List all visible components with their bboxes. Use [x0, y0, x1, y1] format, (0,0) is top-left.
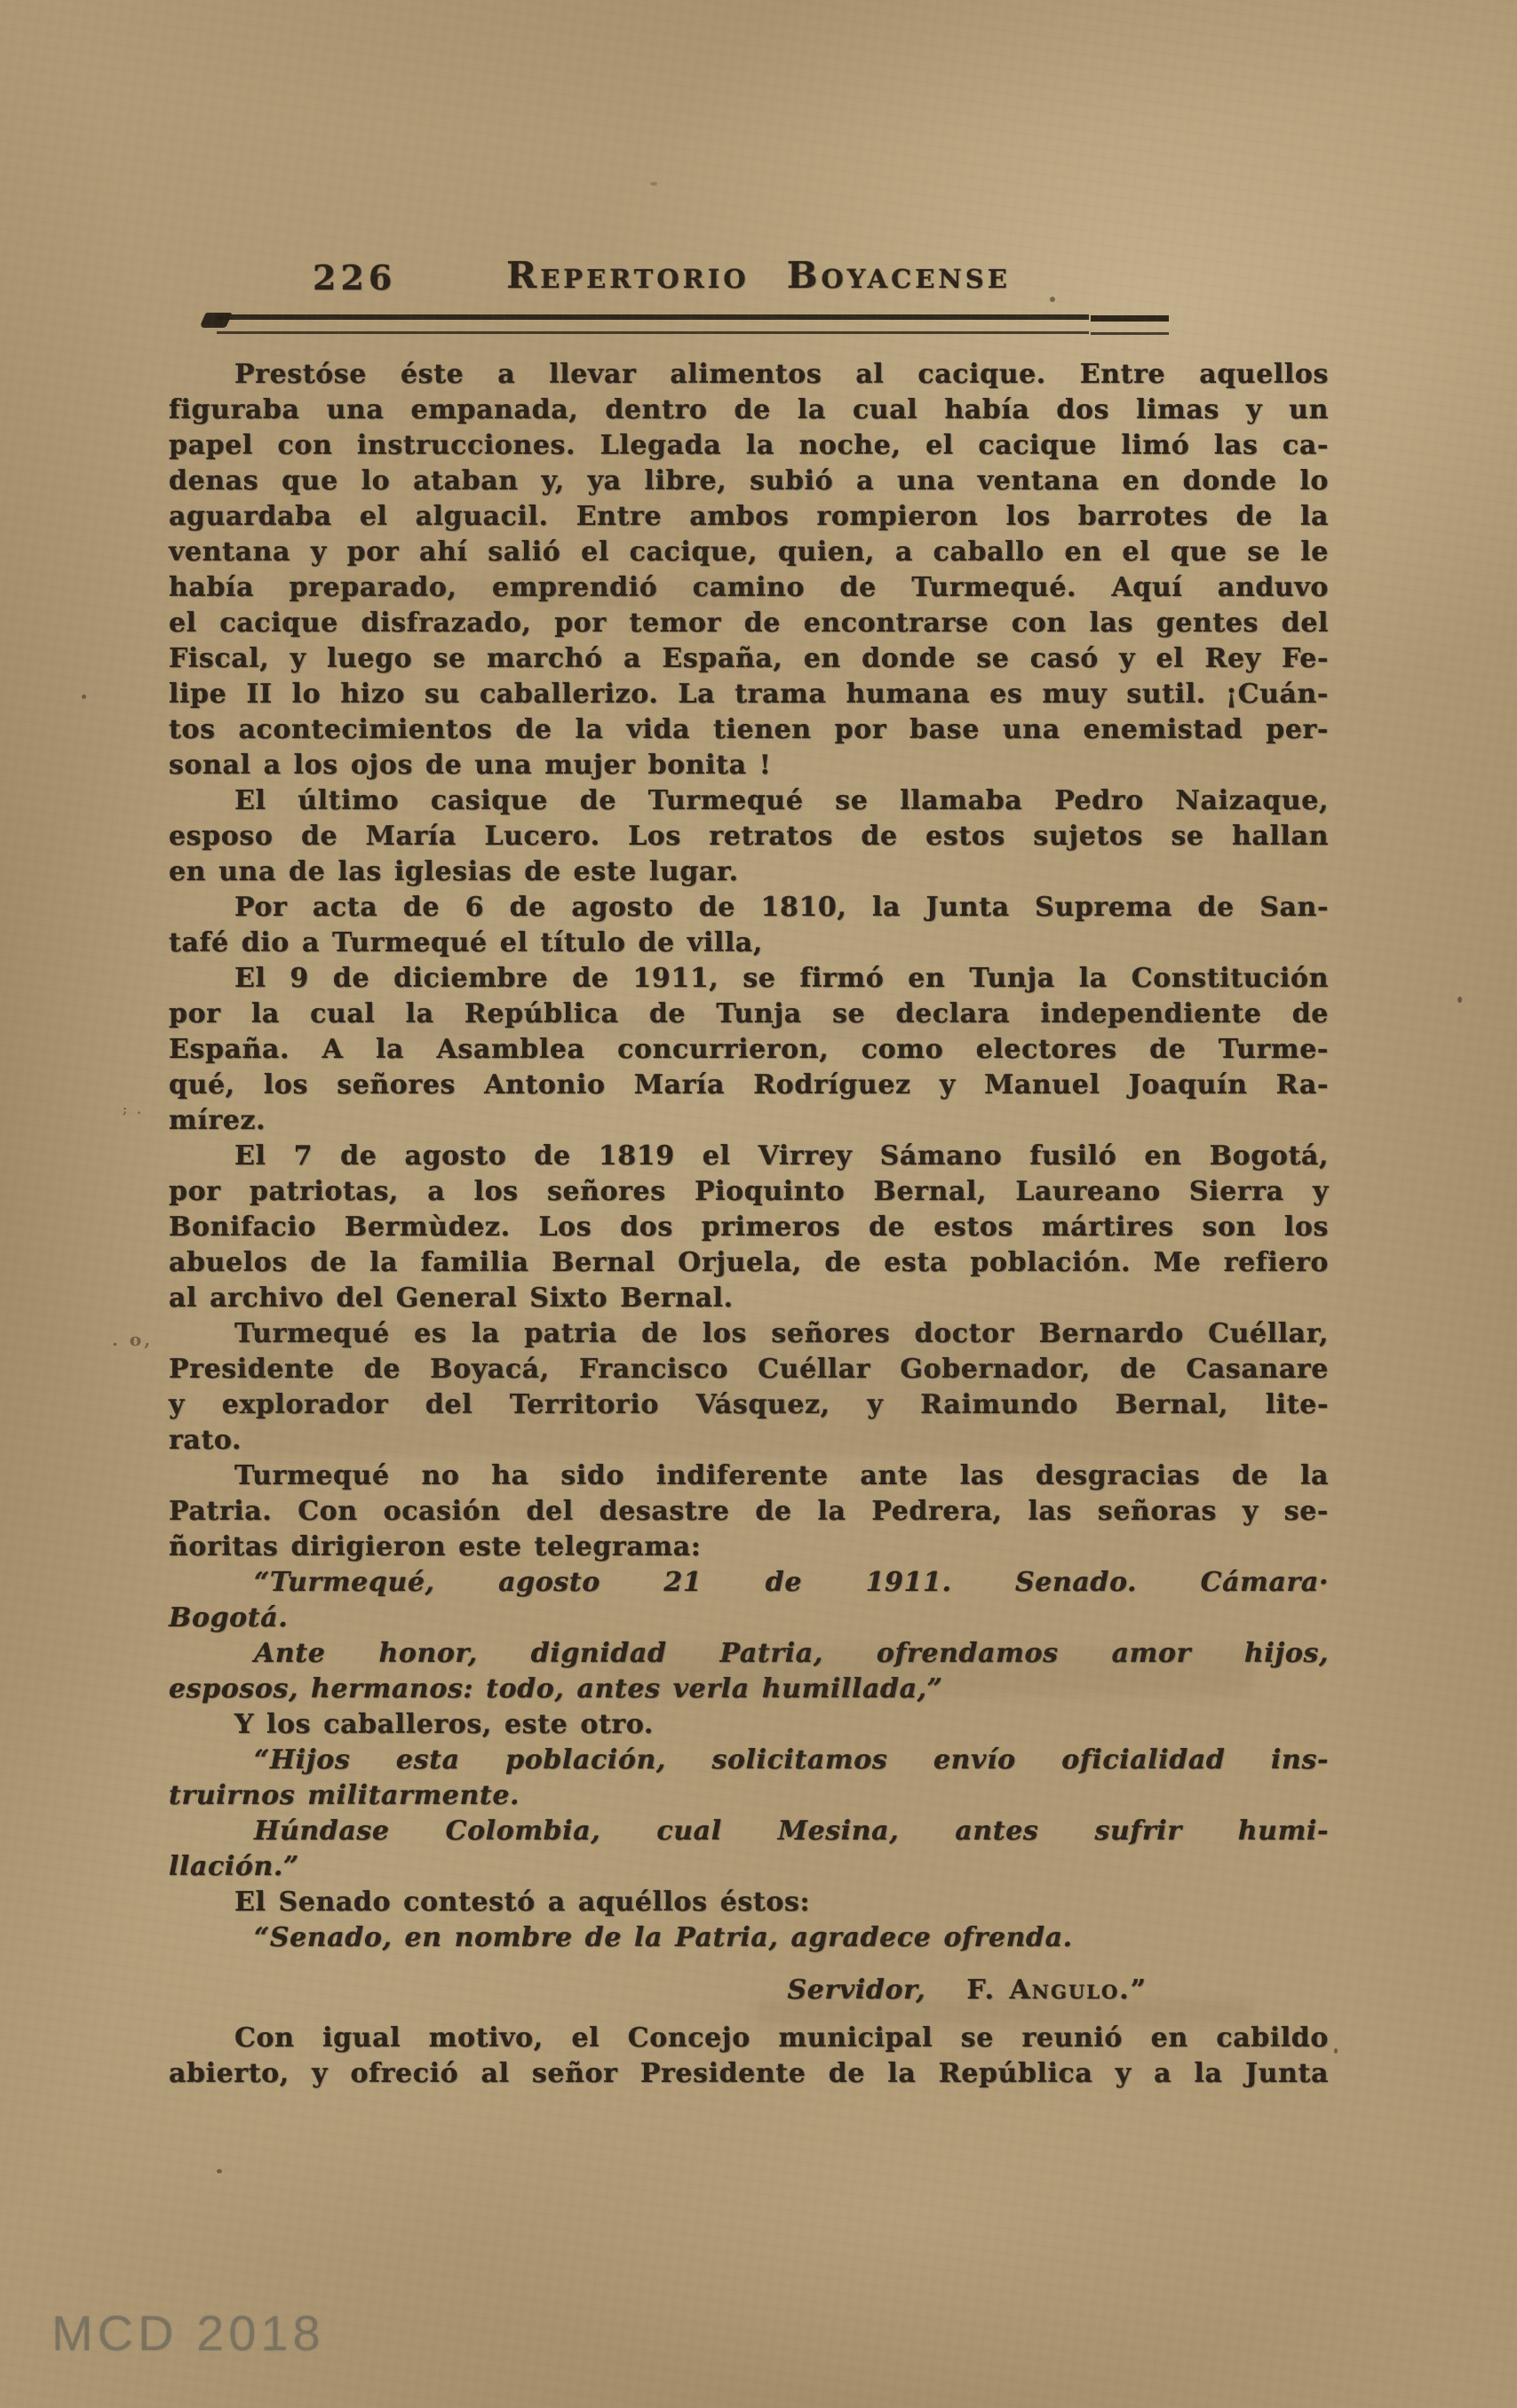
watermark: MCD 2018	[52, 2304, 325, 2362]
signature-closing: Servidor,	[788, 1973, 926, 2008]
text-line: esposo de María Lucero. Los retratos de …	[169, 819, 1329, 854]
text-line: Y los caballeros, este otro.	[169, 1707, 1329, 1743]
text-line: Turmequé es la patria de los señores doc…	[169, 1316, 1329, 1352]
text-block: Prestóse éste a llevar alimentos al caci…	[169, 357, 1329, 2092]
text-line: había preparado, emprendió camino de Tur…	[169, 570, 1329, 606]
paragraph: El 7 de agosto de 1819 el Virrey Sámano …	[169, 1139, 1329, 1316]
text-line: Ante honor, dignidad Patria, ofrendamos …	[169, 1636, 1329, 1672]
paragraph: “Turmequé, agosto 21 de 1911. Senado. Cá…	[169, 1565, 1329, 1636]
page-title: Repertorio Boyacense	[506, 254, 1011, 297]
text-line: rato.	[169, 1423, 1329, 1458]
text-line: Presidente de Boyacá, Francisco Cuéllar …	[169, 1352, 1329, 1387]
text-line: en una de las iglesias de este lugar.	[169, 854, 1329, 890]
text-line: y explorador del Territorio Vásquez, y R…	[169, 1387, 1329, 1423]
signature-name: F. Angulo.”	[966, 1973, 1148, 2008]
ink-speck	[217, 2169, 222, 2174]
paragraph: El Senado contestó a aquéllos éstos:	[169, 1885, 1329, 1920]
text-line: “Turmequé, agosto 21 de 1911. Senado. Cá…	[169, 1565, 1329, 1601]
text-line: truirnos militarmente.	[169, 1778, 1329, 1814]
ink-speck	[1457, 997, 1462, 1003]
ink-speck	[82, 695, 86, 699]
paragraph: Prestóse éste a llevar alimentos al caci…	[169, 357, 1329, 783]
text-line: tafé dio a Turmequé el título de villa,	[169, 926, 1329, 961]
text-line: figuraba una empanada, dentro de la cual…	[169, 393, 1329, 428]
paragraph: El 9 de diciembre de 1911, se firmó en T…	[169, 961, 1329, 1139]
book-page-scan: 226 Repertorio Boyacense Prestóse éste a…	[0, 0, 1517, 2408]
text-line: qué, los señores Antonio María Rodríguez…	[169, 1068, 1329, 1103]
text-line: ñoritas dirigieron este telegrama:	[169, 1530, 1329, 1565]
text-line: esposos, hermanos: todo, antes verla hum…	[169, 1672, 1329, 1707]
text-line: Bonifacio Bermùdez. Los dos primeros de …	[169, 1210, 1329, 1245]
ink-speck	[1334, 2048, 1338, 2054]
paper-fiber	[650, 182, 657, 186]
text-line: sonal a los ojos de una mujer bonita !	[169, 748, 1329, 783]
text-line: El 9 de diciembre de 1911, se firmó en T…	[169, 961, 1329, 997]
rule-right-segment	[1091, 315, 1169, 335]
text-line: denas que lo ataban y, ya libre, subió a…	[169, 464, 1329, 499]
paragraph: Por acta de 6 de agosto de 1810, la Junt…	[169, 890, 1329, 961]
margin-mark: ; .	[123, 1103, 144, 1117]
text-line: El 7 de agosto de 1819 el Virrey Sámano …	[169, 1139, 1329, 1174]
margin-mark: . o,	[112, 1329, 153, 1350]
text-line: abuelos de la familia Bernal Orjuela, de…	[169, 1245, 1329, 1281]
header-rule	[211, 313, 1169, 332]
text-line: Turmequé no ha sido indiferente ante las…	[169, 1458, 1329, 1494]
signature-row: Servidor,F. Angulo.”	[169, 1973, 1329, 2008]
text-line: el cacique disfrazado, por temor de enco…	[169, 606, 1329, 641]
text-line: por la cual la República de Tunja se dec…	[169, 997, 1329, 1032]
text-line: llación.”	[169, 1849, 1329, 1885]
paragraph: Turmequé es la patria de los señores doc…	[169, 1316, 1329, 1458]
text-line: “Senado, en nombre de la Patria, agradec…	[169, 1920, 1329, 1956]
text-line: abierto, y ofreció al señor Presidente d…	[169, 2056, 1329, 2092]
text-line: Prestóse éste a llevar alimentos al caci…	[169, 357, 1329, 393]
text-line: lipe II lo hizo su caballerizo. La trama…	[169, 677, 1329, 712]
text-line: papel con instrucciones. Llegada la noch…	[169, 428, 1329, 464]
paragraph: Turmequé no ha sido indiferente ante las…	[169, 1458, 1329, 1565]
paragraph: “Senado, en nombre de la Patria, agradec…	[169, 1920, 1329, 1956]
text-line: por patriotas, a los señores Pioquinto B…	[169, 1174, 1329, 1210]
text-line: España. A la Asamblea concurrieron, como…	[169, 1032, 1329, 1068]
paragraph: Con igual motivo, el Concejo municipal s…	[169, 2021, 1329, 2092]
text-line: al archivo del General Sixto Bernal.	[169, 1281, 1329, 1316]
rule-main-line	[217, 314, 1089, 334]
text-line: Por acta de 6 de agosto de 1810, la Junt…	[169, 890, 1329, 926]
text-line: Con igual motivo, el Concejo municipal s…	[169, 2021, 1329, 2056]
text-line: Bogotá.	[169, 1601, 1329, 1636]
text-line: tos acontecimientos de la vida tienen po…	[169, 712, 1329, 748]
text-line: El último casique de Turmequé se llamaba…	[169, 783, 1329, 819]
paragraph: “Hijos esta población, solicitamos envío…	[169, 1743, 1329, 1814]
text-line: El Senado contestó a aquéllos éstos:	[169, 1885, 1329, 1920]
paragraph: Y los caballeros, este otro.	[169, 1707, 1329, 1743]
text-line: mírez.	[169, 1103, 1329, 1139]
ink-speck	[1050, 297, 1055, 302]
text-line: Patria. Con ocasión del desastre de la P…	[169, 1494, 1329, 1530]
text-line: “Hijos esta población, solicitamos envío…	[169, 1743, 1329, 1778]
paragraph: El último casique de Turmequé se llamaba…	[169, 783, 1329, 890]
text-line: Húndase Colombia, cual Mesina, antes suf…	[169, 1814, 1329, 1849]
page-number: 226	[313, 258, 396, 298]
paragraph: Ante honor, dignidad Patria, ofrendamos …	[169, 1636, 1329, 1707]
text-line: Fiscal, y luego se marchó a España, en d…	[169, 641, 1329, 677]
text-line: aguardaba el alguacil. Entre ambos rompi…	[169, 499, 1329, 535]
text-line: ventana y por ahí salió el cacique, quie…	[169, 535, 1329, 570]
paragraph: Húndase Colombia, cual Mesina, antes suf…	[169, 1814, 1329, 1885]
